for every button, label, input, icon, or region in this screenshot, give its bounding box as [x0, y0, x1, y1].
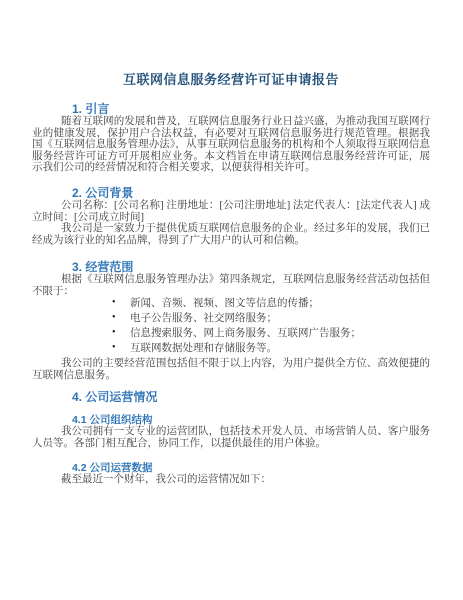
section-heading-background: 2. 公司背景 — [72, 186, 430, 200]
list-item-text: 电子公告服务、社交网络服务； — [130, 313, 277, 324]
paragraph-intro: 随着互联网的发展和普及，互联网信息服务行业日益兴盛，为推动我国互联网行业的健康发… — [32, 116, 430, 174]
list-item-text: 互联网数据处理和存储服务等。 — [130, 343, 277, 354]
document-page: 互联网信息服务经营许可证申请报告 1. 引言 随着互联网的发展和普及，互联网信息… — [0, 0, 463, 600]
bullet-icon: • — [112, 297, 116, 309]
subsection-heading-operating-data: 4.2 公司运营数据 — [72, 462, 430, 474]
paragraph-scope-closing: 我公司的主要经营范围包括但不限于以上内容，为用户提供全方位、高效便捷的互联网信息… — [32, 358, 430, 381]
paragraph-background: 我公司是一家致力于提供优质互联网信息服务的企业。经过多年的发展，我们已经成为该行… — [32, 223, 430, 246]
document-title: 互联网信息服务经营许可证申请报告 — [32, 72, 430, 88]
paragraph-operating-data: 截至最近一个财年，我公司的运营情况如下： — [32, 474, 430, 486]
bullet-icon: • — [112, 327, 116, 339]
list-item-text: 新闻、音频、视频、图文等信息的传播； — [130, 298, 319, 309]
paragraph-scope-intro: 根据《互联网信息服务管理办法》第四条规定，互联网信息服务经营活动包括但不限于： — [32, 274, 430, 297]
scope-bullet-list: • 新闻、音频、视频、图文等信息的传播； • 电子公告服务、社交网络服务； • … — [32, 298, 430, 355]
subsection-heading-org-structure: 4.1 公司组织结构 — [72, 414, 430, 426]
list-item: • 新闻、音频、视频、图文等信息的传播； — [112, 298, 430, 310]
paragraph-org-structure: 我公司拥有一支专业的运营团队，包括技术开发人员、市场营销人员、客户服务人员等。各… — [32, 426, 430, 449]
section-heading-intro: 1. 引言 — [72, 102, 430, 116]
bullet-icon: • — [112, 312, 116, 324]
bullet-icon: • — [112, 342, 116, 354]
paragraph-company-info: 公司名称：[公司名称] 注册地址：[公司注册地址] 法定代表人：[法定代表人] … — [32, 200, 430, 223]
section-heading-scope: 3. 经营范围 — [72, 260, 430, 274]
list-item: • 互联网数据处理和存储服务等。 — [112, 343, 430, 355]
section-heading-operations: 4. 公司运营情况 — [72, 390, 430, 404]
list-item: • 电子公告服务、社交网络服务； — [112, 313, 430, 325]
list-item-text: 信息搜索服务、网上商务服务、互联网广告服务； — [130, 328, 361, 339]
list-item: • 信息搜索服务、网上商务服务、互联网广告服务； — [112, 328, 430, 340]
